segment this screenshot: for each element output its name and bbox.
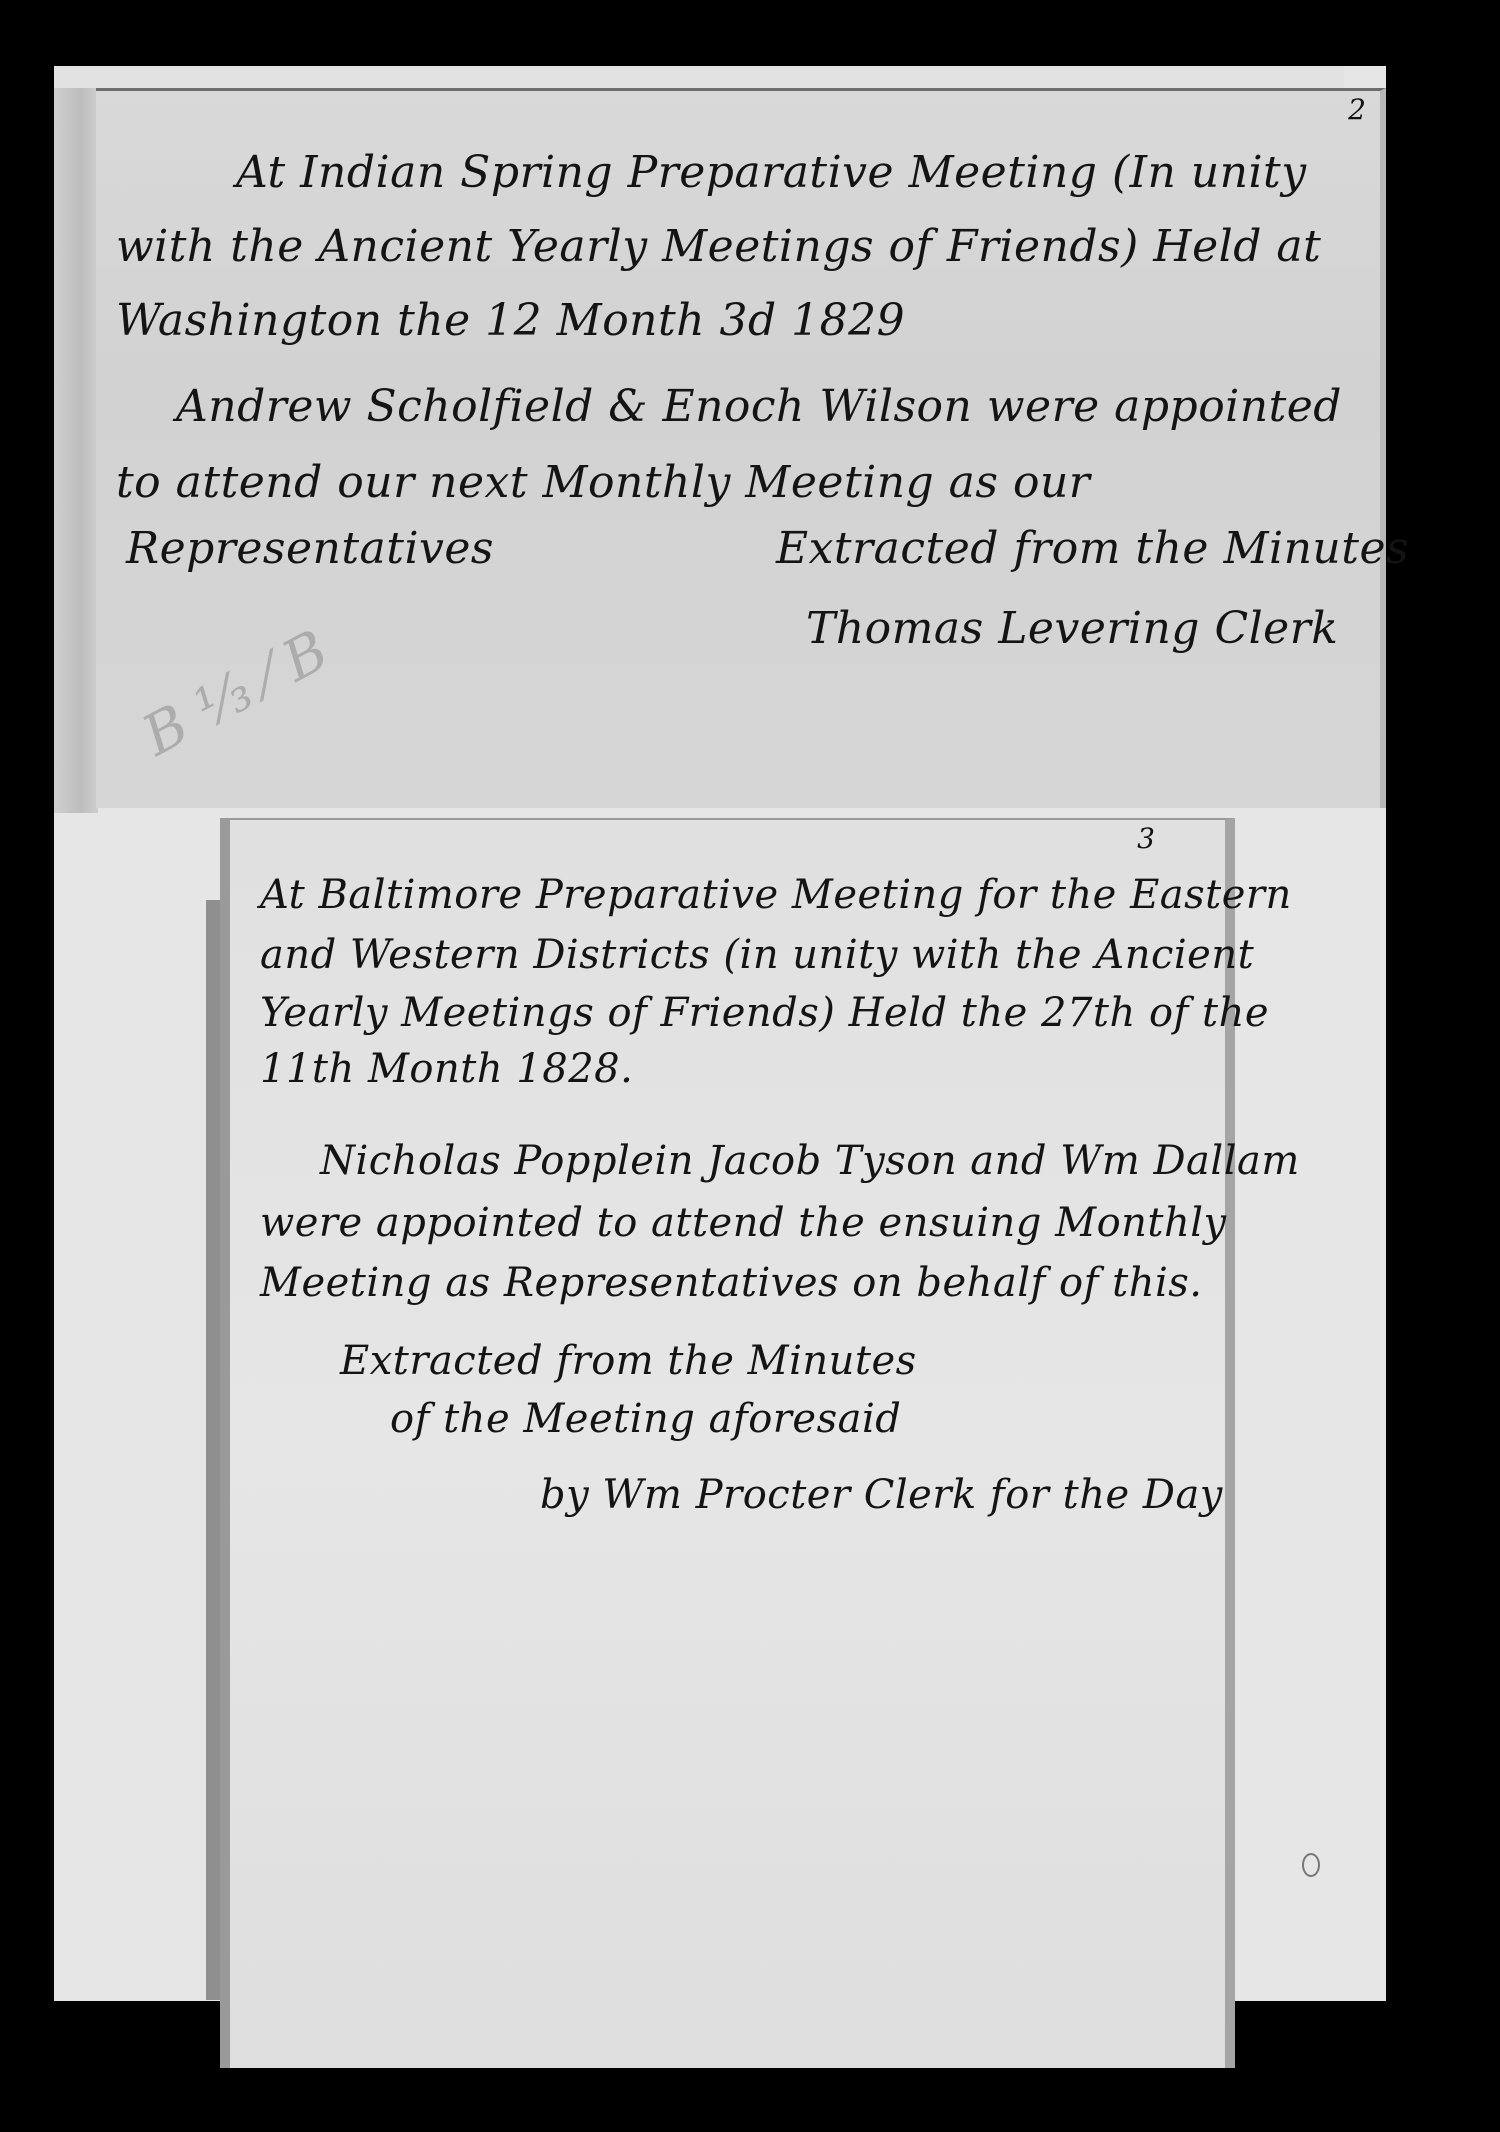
- extract-line: of the Meeting aforesaid: [390, 1396, 901, 1442]
- text-line: were appointed to attend the ensuing Mon…: [260, 1200, 1227, 1246]
- text-line: to attend our next Monthly Meeting as ou…: [116, 457, 1090, 508]
- extract-note: Extracted from the Minutes: [776, 523, 1409, 574]
- page-number: 3: [1137, 822, 1155, 855]
- text-line: Meeting as Representatives on behalf of …: [260, 1260, 1203, 1306]
- text-line: Washington the 12 Month 3d 1829: [116, 295, 905, 346]
- text-line: Representatives: [126, 523, 494, 574]
- text-line: Andrew Scholfield & Enoch Wilson were ap…: [176, 381, 1342, 432]
- text-line: with the Ancient Yearly Meetings of Frie…: [116, 221, 1321, 272]
- text-line: At Baltimore Preparative Meeting for the…: [260, 872, 1292, 918]
- text-line: and Western Districts (in unity with the…: [260, 932, 1254, 978]
- page-number: 2: [1348, 93, 1366, 126]
- signature: Thomas Levering Clerk: [806, 603, 1338, 654]
- text-line: Nicholas Popplein Jacob Tyson and Wm Dal…: [320, 1138, 1300, 1184]
- document-page-3: 3 At Baltimore Preparative Meeting for t…: [220, 818, 1235, 2068]
- faint-pencil-marks: B ⅓ ⁄ B: [132, 618, 339, 769]
- page-2-top-fold: [54, 66, 1344, 90]
- page-3-left-edge-shadow: [206, 900, 220, 2000]
- paper-hole: [1302, 1853, 1320, 1877]
- document-page-2: 2 At Indian Spring Preparative Meeting (…: [96, 88, 1386, 808]
- text-line: At Indian Spring Preparative Meeting (In…: [236, 147, 1307, 198]
- page-2-left-fold: [54, 88, 98, 813]
- text-line: Yearly Meetings of Friends) Held the 27t…: [260, 990, 1269, 1036]
- text-line: 11th Month 1828.: [260, 1046, 633, 1092]
- extract-line: Extracted from the Minutes: [340, 1338, 917, 1384]
- signature: by Wm Procter Clerk for the Day: [540, 1472, 1223, 1518]
